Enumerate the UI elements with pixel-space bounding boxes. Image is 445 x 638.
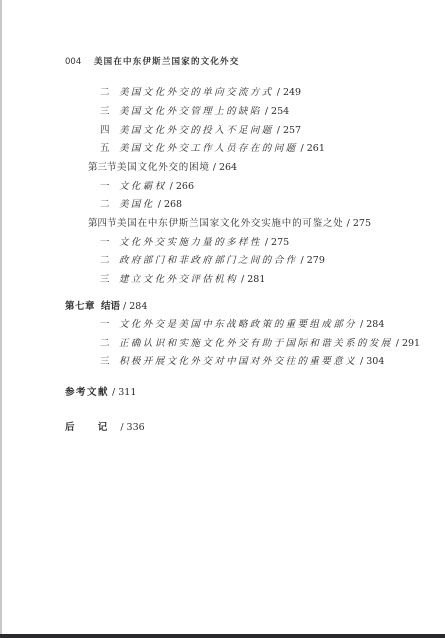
toc-item[interactable]: 二政府部门和非政府部门之间的合作 / 279 [100, 255, 325, 267]
toc-item[interactable]: 一文化外交是美国中东战略政策的重要组成部分 / 284 [100, 319, 384, 331]
toc-page: / 257 [274, 125, 301, 136]
toc-title: 美国文化外交的投入不足问题 [119, 125, 274, 136]
page-number: 004 [65, 57, 81, 67]
running-header: 004 美国在中东伊斯兰国家的文化外交 [65, 55, 239, 67]
toc-page: / 275 [262, 237, 289, 248]
toc-page: / 249 [274, 87, 301, 98]
toc-page: / 264 [210, 162, 237, 173]
toc-section[interactable]: 第四节美国在中东伊斯兰国家文化外交实施中的可鉴之处 / 275 [88, 218, 371, 230]
page-bottom-edge [0, 634, 445, 638]
toc-title: 美国文化外交的困境 [117, 162, 210, 173]
toc-title: 结语 [101, 301, 120, 312]
toc-chapter[interactable]: 第七章结语 / 284 [65, 301, 147, 313]
toc-item[interactable]: 二正确认识和实施文化外交有助于国际和谐关系的发展 / 291 [100, 338, 420, 350]
toc-index: 二 [100, 255, 119, 267]
toc-title: 政府部门和非政府部门之间的合作 [119, 255, 298, 266]
toc-page: / 266 [167, 181, 194, 192]
toc-page: / 254 [262, 106, 289, 117]
toc-item[interactable]: 一文化霸权 / 266 [100, 181, 194, 193]
toc-item[interactable]: 二美国化 / 268 [100, 199, 182, 211]
toc-index: 三 [100, 106, 119, 118]
toc-page: / 275 [344, 218, 371, 229]
toc-item[interactable]: 三建立文化外交评估机构 / 281 [100, 274, 265, 286]
toc-page: / 284 [357, 319, 384, 330]
toc-index: 二 [100, 199, 119, 211]
document-page: 004 美国在中东伊斯兰国家的文化外交 二美国文化外交的单向交流方式 / 249… [0, 0, 445, 634]
toc-index: 第三节 [88, 162, 117, 174]
book-title: 美国在中东伊斯兰国家的文化外交 [94, 57, 240, 67]
toc-title: 正确认识和实施文化外交有助于国际和谐关系的发展 [119, 338, 393, 349]
toc-index: 第七章 [65, 301, 101, 313]
toc-index: 一 [100, 181, 119, 193]
toc-index: 五 [100, 143, 119, 155]
toc-page: / 268 [155, 199, 182, 210]
toc-title: 文化霸权 [119, 181, 167, 192]
toc-page: / 304 [357, 356, 384, 367]
toc-index: 三 [100, 356, 119, 368]
toc-title: 美国文化外交工作人员存在的问题 [119, 143, 298, 154]
toc-page: / 279 [298, 255, 325, 266]
toc-title: 文化外交实施力量的多样性 [119, 237, 262, 248]
toc-title: 美国文化外交管理上的缺陷 [119, 106, 262, 117]
toc-title: 文化外交是美国中东战略政策的重要组成部分 [119, 319, 357, 330]
toc-index: 四 [100, 125, 119, 137]
toc-index: 一 [100, 237, 119, 249]
toc-item[interactable]: 三美国文化外交管理上的缺陷 / 254 [100, 106, 289, 118]
toc-afterword[interactable]: 后 记 / 336 [65, 422, 145, 434]
toc-page: / 336 [117, 422, 144, 433]
toc-index: 三 [100, 274, 119, 286]
toc-title: 积极开展文化外交对中国对外交往的重要意义 [119, 356, 357, 367]
toc-title: 美国化 [119, 199, 155, 210]
toc-index: 二 [100, 338, 119, 350]
toc-title: 建立文化外交评估机构 [119, 274, 238, 285]
toc-item[interactable]: 一文化外交实施力量的多样性 / 275 [100, 237, 289, 249]
toc-title: 参考文献 [65, 387, 109, 398]
toc-page: / 284 [120, 301, 147, 312]
toc-page: / 311 [109, 387, 136, 398]
toc-page: / 281 [238, 274, 265, 285]
toc-title: 美国在中东伊斯兰国家文化外交实施中的可鉴之处 [117, 218, 344, 229]
toc-item[interactable]: 四美国文化外交的投入不足问题 / 257 [100, 125, 301, 137]
toc-item[interactable]: 五美国文化外交工作人员存在的问题 / 261 [100, 143, 325, 155]
toc-page: / 291 [393, 338, 420, 349]
toc-section[interactable]: 第三节美国文化外交的困境 / 264 [88, 162, 237, 174]
toc-references[interactable]: 参考文献 / 311 [65, 387, 136, 399]
toc-item[interactable]: 三积极开展文化外交对中国对外交往的重要意义 / 304 [100, 356, 384, 368]
toc-index: 第四节 [88, 218, 117, 230]
toc-index: 一 [100, 319, 119, 331]
toc-index: 二 [100, 87, 119, 99]
toc-item[interactable]: 二美国文化外交的单向交流方式 / 249 [100, 87, 301, 99]
toc-title: 美国文化外交的单向交流方式 [119, 87, 274, 98]
toc-page: / 261 [298, 143, 325, 154]
toc-title: 后 记 [65, 422, 117, 433]
